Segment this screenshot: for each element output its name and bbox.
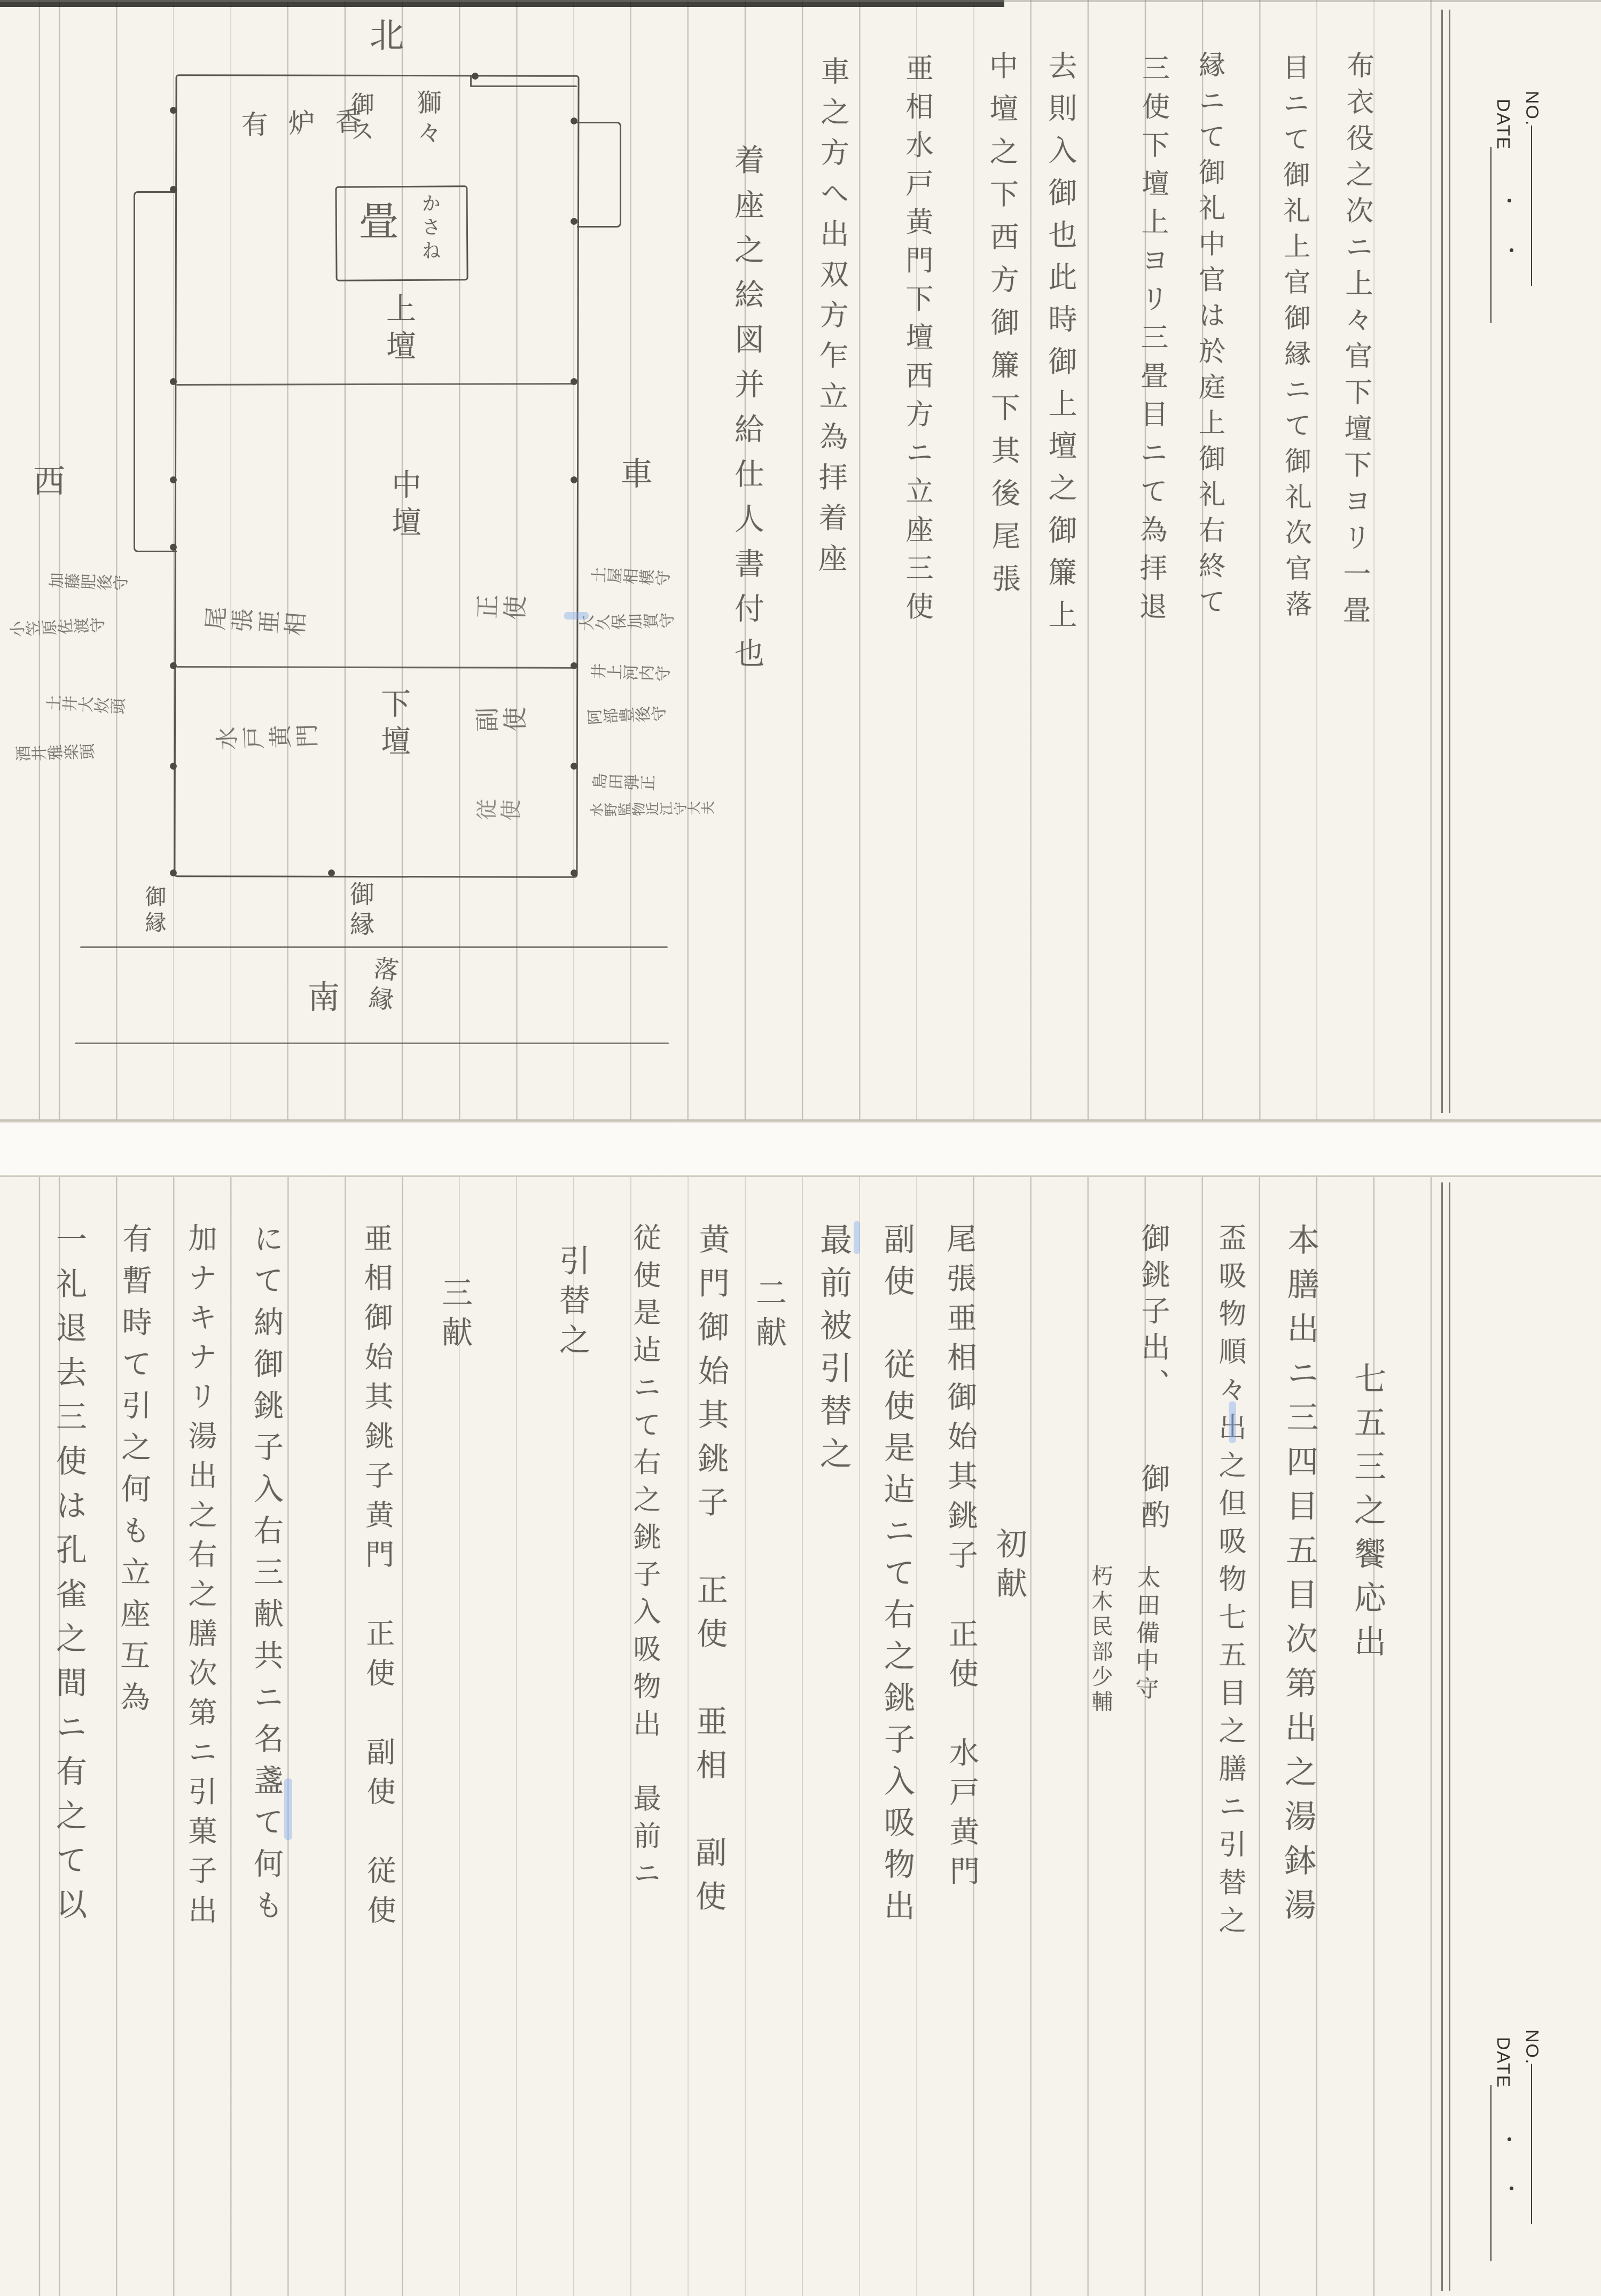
date-separator-dot <box>1510 2187 1513 2190</box>
margin-rule-inner-page1 <box>1449 10 1450 1113</box>
blue-highlight-mark <box>854 1221 860 1254</box>
attendant-name-west: 酒井雅楽頭 <box>15 745 96 764</box>
date-fill-line <box>1490 2085 1491 2261</box>
blue-highlight-mark <box>1229 1401 1236 1443</box>
page1-bottom-edge <box>0 1119 1601 1123</box>
text-column: 副使 従使是迠ニて右之銚子入吸物出 <box>881 1223 912 1931</box>
pillar-dot <box>571 218 577 225</box>
label-upper-dais: 上壇 <box>384 293 413 367</box>
pillar-dot <box>170 107 177 114</box>
date-label: DATE <box>1493 2037 1513 2088</box>
scanned-notebook-pages: NO. DATE 布衣役之次ニ上々官下壇下ヨリ一畳 目ニて御礼上官御縁ニて御礼次… <box>0 0 1601 2296</box>
date-label: DATE <box>1493 99 1513 150</box>
margin-rule-outer-page2 <box>1441 1182 1443 2291</box>
attendant-name-east: 井上河内守 <box>590 665 671 684</box>
label-west: 西 <box>33 466 65 498</box>
pillar-dot <box>170 662 177 669</box>
text-column: 加ナキナリ湯出之右之膳次第ニ引菓子出 <box>186 1223 215 1934</box>
seat-vice-envoy: 副使 <box>474 708 530 734</box>
pillar-dot <box>170 763 177 770</box>
text-column: 七五三之饗応出 <box>1352 1362 1384 1668</box>
text-column: 亜相水戸黄門下壇西方ニ立座三使 <box>903 53 931 630</box>
pillar-dot <box>472 73 479 80</box>
attendant-name-east: 島田弾正 <box>591 775 656 793</box>
attendant-name-west: 加藤肥後守 <box>48 574 129 593</box>
margin-rule-outer-page1 <box>1441 10 1443 1113</box>
text-column: 三使下壇上ヨリ三畳目ニて為拝退 <box>1136 53 1167 630</box>
attendant-name-east: 大久保加賀守 <box>579 614 675 633</box>
notebook-page-2: NO. DATE 七五三之饗応出 本膳出ニ三四目五目次第出之湯鉢湯 盃吸物順々出… <box>0 1177 1601 2296</box>
text-column: 布衣役之次ニ上々官下壇下ヨリ一畳 <box>1340 51 1372 632</box>
blue-highlight-mark <box>284 1778 292 1840</box>
label-lion-dogs: 獅々 <box>416 90 440 150</box>
scan-edge-artifact-2 <box>0 0 1601 2</box>
attendant-name-east: 阿部豊後守 <box>586 707 667 727</box>
text-column: 尾張亜相御始其銚子 正使 水戸黄門 <box>944 1223 978 1895</box>
text-column: 御酌 <box>1139 1463 1168 1536</box>
label-south: 南 <box>308 982 340 1014</box>
label-cart: 車 <box>621 458 653 490</box>
label-goen-bottom: 御縁 <box>348 881 373 941</box>
pillar-dot <box>170 544 177 551</box>
no-fill-line <box>1531 126 1532 286</box>
attendant-name-west: 土井大炊頭 <box>45 696 126 717</box>
pillar-dot <box>571 378 577 385</box>
blue-highlight-mark <box>564 612 589 620</box>
seat-third-envoy: 従使 <box>475 801 524 823</box>
text-column: 従使是迠ニて右之銚子入吸物出 最前ニ <box>630 1223 658 1896</box>
label-incense-burner: 有炉香 <box>241 107 383 138</box>
pillar-dot <box>571 476 577 483</box>
pillar-dot <box>571 763 577 770</box>
page-gap <box>0 1122 1601 1177</box>
pillar-dot <box>170 378 177 385</box>
notebook-page-1: NO. DATE 布衣役之次ニ上々官下壇下ヨリ一畳 目ニて御礼上官御縁ニて御礼次… <box>0 0 1601 1122</box>
label-goen-left: 御縁 <box>143 886 165 937</box>
pillar-dot <box>170 476 177 483</box>
veranda-line-lower <box>75 1043 669 1044</box>
pillar-dot <box>170 186 177 193</box>
text-column: 初献 <box>994 1527 1025 1607</box>
text-column: 車之方へ出双方乍立為拝着座 <box>816 56 847 584</box>
text-column: にて納御銚子入右三献共ニ名盞て何も <box>251 1223 281 1931</box>
west-alcove <box>134 191 177 552</box>
east-porch-bump <box>577 122 621 228</box>
text-column: 中壇之下西方御簾下其後尾張 <box>987 51 1018 606</box>
label-tatami: 畳 <box>359 202 399 241</box>
pillar-dot <box>571 869 577 876</box>
no-label: NO. <box>1521 2029 1542 2065</box>
tatami-box <box>335 185 468 281</box>
pillar-dot <box>571 117 577 124</box>
seat-chief-envoy: 正使 <box>474 595 530 622</box>
label-kasane: かさね <box>420 193 439 264</box>
margin-rule-inner-page2 <box>1449 1182 1450 2291</box>
no-fill-line <box>1531 2064 1532 2224</box>
pourer-name: 太田備中守 <box>1133 1565 1159 1704</box>
date-fill-line <box>1490 147 1491 323</box>
veranda-line-upper <box>80 946 668 948</box>
label-north: 北 <box>370 19 404 53</box>
text-column: 二献 <box>753 1276 784 1355</box>
pillar-dot <box>328 869 335 876</box>
pillar-dot <box>571 662 577 669</box>
text-column: 本膳出ニ三四目五目次第出之湯鉢湯 <box>1282 1223 1317 1932</box>
no-label: NO. <box>1521 91 1542 126</box>
text-column: 引替之 <box>557 1244 588 1363</box>
text-column: 有暫時て引之何も立座互為 <box>118 1223 150 1723</box>
date-separator-dot <box>1508 199 1511 202</box>
pillar-dot <box>170 869 177 876</box>
label-middle-dais: 中壇 <box>389 469 419 544</box>
attendant-name-east: 水野監物近江守大夫 <box>590 802 715 818</box>
date-separator-dot <box>1508 2137 1511 2141</box>
text-column: 黄門御始其銚子 正使 亜相 副使 <box>693 1223 728 1924</box>
text-column: 着座之絵図并給仕人書付也 <box>732 144 762 683</box>
seat-mito-komon: 水戸黄門 <box>214 726 322 754</box>
text-column: 亜相御始其銚子黄門 正使 副使 従使 <box>362 1223 394 1934</box>
text-column: 縁ニて御礼中官は於庭上御礼右終て <box>1197 51 1223 623</box>
text-column: 一礼退去三使は孔雀之間ニ有之て以 <box>53 1223 84 1932</box>
label-lower-dais: 下壇 <box>378 688 408 763</box>
text-column: 御銚子出、 <box>1139 1223 1168 1405</box>
attendant-name-east: 土屋相模守 <box>590 568 670 589</box>
hall-top-jog <box>470 85 577 87</box>
text-column: 盃吸物順々出之但吸物七五目之膳ニ引替之 <box>1216 1223 1244 1944</box>
text-column: 目ニて御礼上官御縁ニて御礼次官落 <box>1280 53 1310 626</box>
text-column: 最前被引替之 <box>817 1223 849 1479</box>
pourer-name: 朽木民部少輔 <box>1090 1565 1111 1715</box>
text-column: 三献 <box>439 1276 470 1355</box>
text-column: 去則入御也此時御上壇之御簾上 <box>1046 51 1075 641</box>
date-separator-dot <box>1510 248 1513 252</box>
